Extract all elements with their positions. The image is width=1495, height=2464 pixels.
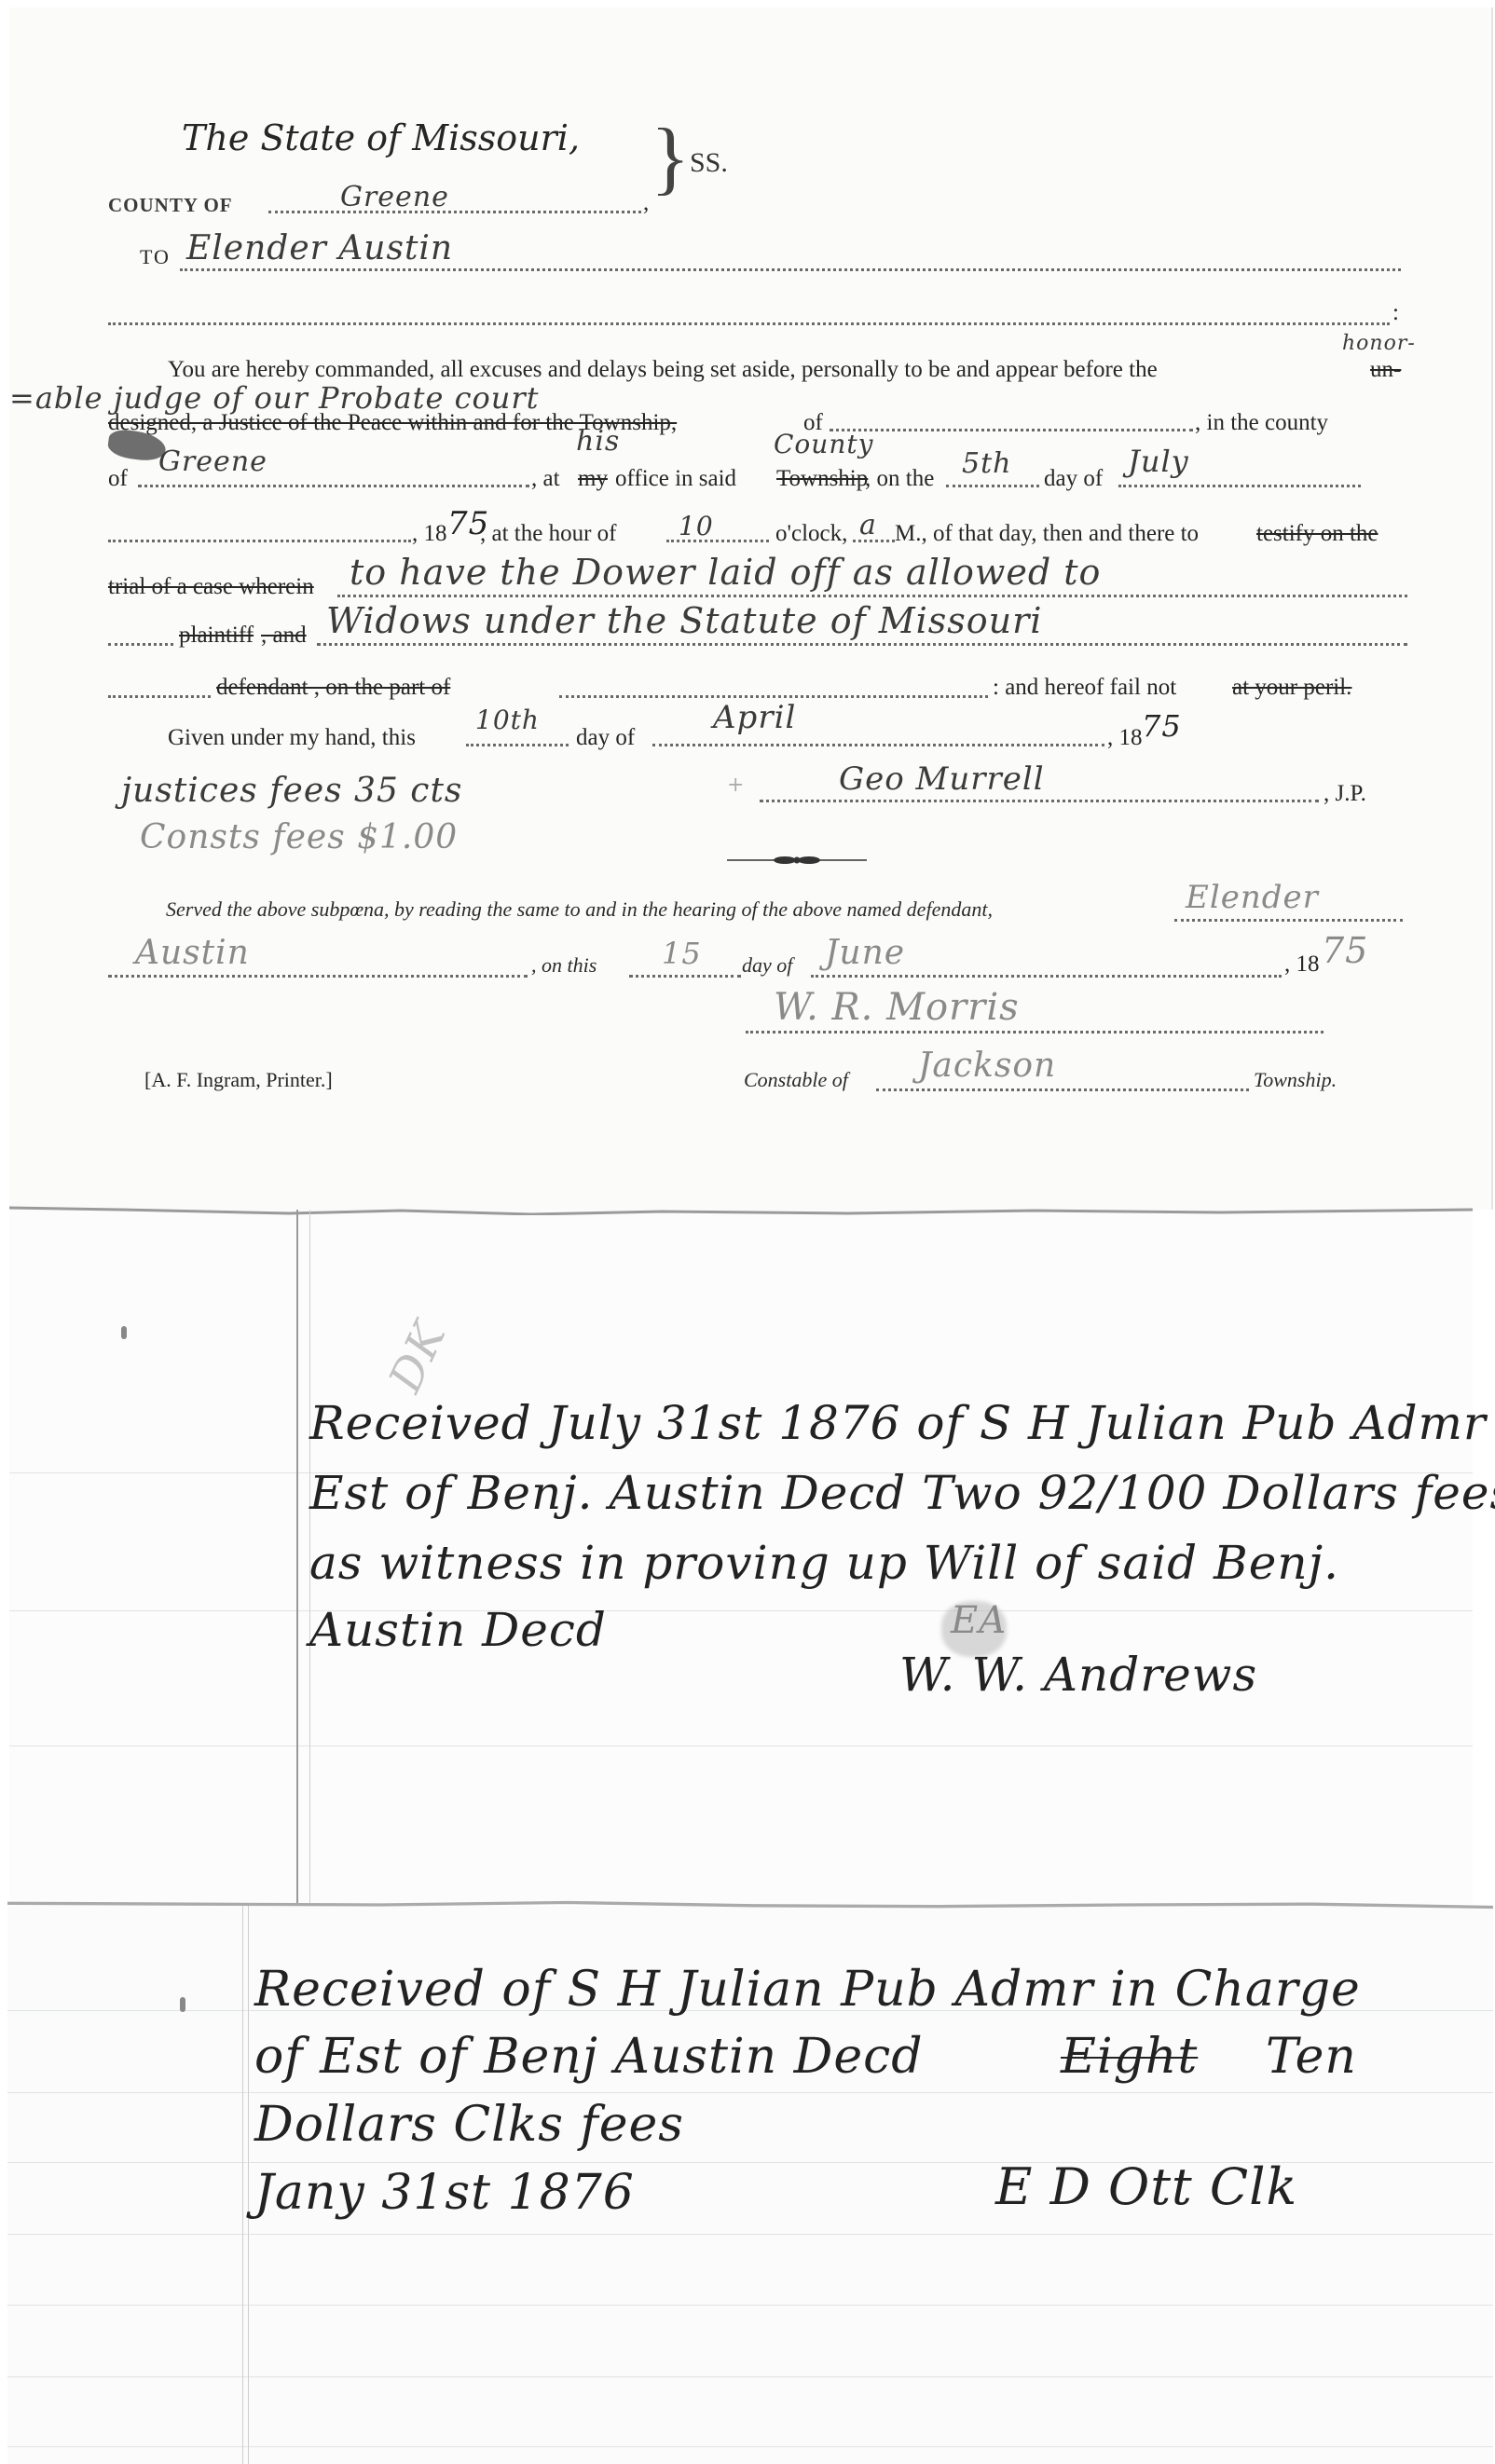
margin-rule-thin-2 — [248, 1906, 249, 2464]
ruled-line — [7, 2234, 1493, 2235]
served-name-line — [1174, 919, 1403, 922]
oclock-label: o'clock, — [775, 521, 847, 547]
hereof-fail-not: : and hereof fail not — [993, 675, 1176, 701]
hour-value: 10 — [679, 511, 714, 541]
colon: : — [1392, 300, 1399, 326]
ornamental-divider — [727, 853, 867, 866]
ruled-line — [7, 2092, 1493, 2093]
receipt2-date: Jany 31st 1876 — [254, 2165, 635, 2221]
month-field-line — [1118, 485, 1361, 487]
township-value: Jackson — [918, 1047, 1056, 1085]
receipt2-line-2a: of Est of Benj Austin Decd — [254, 2029, 924, 2085]
day-field-line — [946, 485, 1039, 487]
torn-edge — [9, 1206, 1473, 1215]
his-insert: his — [576, 425, 620, 458]
faint-margin-note: DK — [379, 1314, 457, 1401]
brace-decoration: } — [651, 117, 690, 199]
served-text: Served the above subpœna, by reading the… — [166, 897, 993, 922]
struck-plaintiff: plaintiff — [179, 623, 254, 649]
served-month-value: June — [825, 934, 905, 972]
constable-of-label: Constable of — [744, 1068, 848, 1092]
receipt1-line-1: Received July 31st 1876 of S H Julian Pu… — [309, 1396, 1487, 1450]
to-label: TO — [140, 245, 171, 269]
county-insert: County — [774, 429, 873, 459]
printer-credit-text: [A. F. Ingram, Printer.] — [144, 1068, 333, 1091]
form-title: The State of Missouri, — [182, 117, 580, 158]
purpose-line-2: Widows under the Statute of Missouri — [326, 600, 1042, 641]
that-day-text: M., of that day, then and there to — [895, 521, 1199, 547]
struck-at-your-peril: at your peril. — [1232, 675, 1351, 701]
receipt1-line-4: Austin Decd — [309, 1603, 607, 1657]
served-day-line — [629, 975, 741, 978]
comma: , — [643, 190, 649, 216]
office-in-said: office in said — [615, 466, 736, 492]
subpoena-form: The State of Missouri, } SS. COUNTY OF G… — [9, 7, 1493, 1210]
to-field-line — [180, 268, 1401, 271]
township-field-line — [830, 429, 1193, 431]
given-month-value: April — [713, 699, 796, 736]
command-line-1: You are hereby commanded, all excuses an… — [168, 357, 1158, 383]
ruled-line — [7, 2376, 1493, 2377]
printer-credit: [A. F. Ingram, Printer.] — [144, 1068, 333, 1092]
struck-trial-of-case: trial of a case wherein — [108, 574, 314, 600]
served-year-value: 75 — [1322, 930, 1368, 971]
plus-mark: + — [727, 773, 744, 797]
served-month-line — [811, 975, 1282, 978]
receipt2-line-1: Received of S H Julian Pub Admr in Charg… — [254, 1962, 1361, 2018]
jp-signature-line — [760, 800, 1319, 802]
county-field-line-2 — [138, 485, 529, 487]
witness-fee-receipt: DK Received July 31st 1876 of S H Julian… — [9, 1210, 1473, 1904]
to-value: Elender Austin — [186, 229, 453, 267]
township-line — [876, 1088, 1249, 1091]
served-name-2: Austin — [135, 934, 250, 972]
given-day-value: 10th — [475, 705, 540, 735]
hour-label: , at the hour of — [480, 521, 616, 547]
struck-my: my — [578, 466, 608, 492]
plaintiff-field-line — [108, 643, 173, 646]
given-day-of: day of — [576, 725, 635, 751]
county-field-line — [268, 211, 641, 213]
given-label: Given under my hand, this — [168, 725, 416, 751]
struck-testify: testify on the — [1256, 521, 1378, 547]
served-day-of: day of — [742, 953, 792, 978]
month-value: July — [1128, 444, 1189, 479]
purpose-field-line-2 — [317, 643, 1407, 646]
year-prefix: , 18 — [412, 521, 447, 547]
margin-rule-thin — [242, 1906, 243, 2464]
constable-fees-note: Consts fees $1.00 — [140, 818, 458, 856]
served-day-value: 15 — [662, 936, 702, 971]
torn-edge — [7, 1900, 1493, 1910]
ruled-line — [7, 2446, 1493, 2447]
struck-eight: Eight — [1061, 2029, 1198, 2085]
county-label: COUNTY OF — [108, 194, 233, 217]
part-of-field-line — [559, 695, 988, 698]
ampm-value: a — [859, 509, 877, 541]
constable-signature-line — [746, 1031, 1324, 1034]
honor-insert: honor- — [1342, 332, 1416, 355]
day-of-label: day of — [1044, 466, 1103, 492]
township-label: Township. — [1254, 1068, 1337, 1092]
struck-defendant: defendant , on the part of — [216, 675, 450, 701]
on-the-label: , on the — [865, 466, 934, 492]
receipt1-signature: W. W. Andrews — [899, 1648, 1257, 1702]
receipt2-line-2b: Ten — [1266, 2029, 1357, 2085]
ruled-line — [9, 1610, 1473, 1611]
jp-signature: Geo Murrell — [839, 760, 1045, 798]
purpose-field-line-1 — [337, 595, 1407, 597]
county-value-2: Greene — [158, 445, 267, 478]
on-this-label: , on this — [531, 953, 597, 978]
pencil-mark: EA — [951, 1599, 1007, 1642]
receipt1-line-2: Est of Benj. Austin Decd Two 92/100 Doll… — [309, 1466, 1495, 1520]
served-name-1: Elender — [1186, 879, 1319, 916]
jp-suffix: , J.P. — [1324, 781, 1366, 807]
receipt1-line-3: as witness in proving up Will of said Be… — [309, 1536, 1339, 1590]
ruled-line — [9, 1745, 1473, 1746]
struck-township: Township — [776, 466, 868, 492]
given-year-prefix: , 18 — [1107, 725, 1143, 751]
served-year-prefix: , 18 — [1284, 951, 1320, 978]
margin-rule — [296, 1210, 298, 1904]
given-day-line — [466, 744, 569, 746]
struck-and: , and — [261, 623, 307, 649]
at-label: , at — [531, 466, 560, 492]
date-field-line — [108, 540, 411, 542]
defendant-field-line — [108, 695, 211, 698]
constable-signature: W. R. Morris — [774, 986, 1020, 1029]
in-the-county: , in the county — [1195, 410, 1328, 436]
ss-label: SS. — [690, 147, 728, 179]
ink-spot — [121, 1326, 127, 1339]
clerk-fee-receipt: Received of S H Julian Pub Admr in Charg… — [7, 1906, 1493, 2464]
served-name-line-2 — [108, 975, 528, 978]
of-label-2: of — [108, 466, 128, 492]
given-year-value: 75 — [1142, 708, 1182, 744]
ruled-line — [7, 2305, 1493, 2306]
receipt2-line-3: Dollars Clks fees — [254, 2097, 684, 2153]
ink-spot — [180, 1997, 185, 2012]
to-field-line-2 — [108, 322, 1390, 325]
struck-un: un- — [1370, 357, 1401, 383]
justice-fees-note: justices fees 35 cts — [121, 772, 462, 810]
given-month-line — [652, 744, 1104, 746]
county-value: Greene — [340, 181, 449, 213]
receipt2-signature: E D Ott Clk — [995, 2157, 1297, 2216]
purpose-line-1: to have the Dower laid off as allowed to — [350, 552, 1101, 593]
day-value: 5th — [962, 447, 1011, 480]
